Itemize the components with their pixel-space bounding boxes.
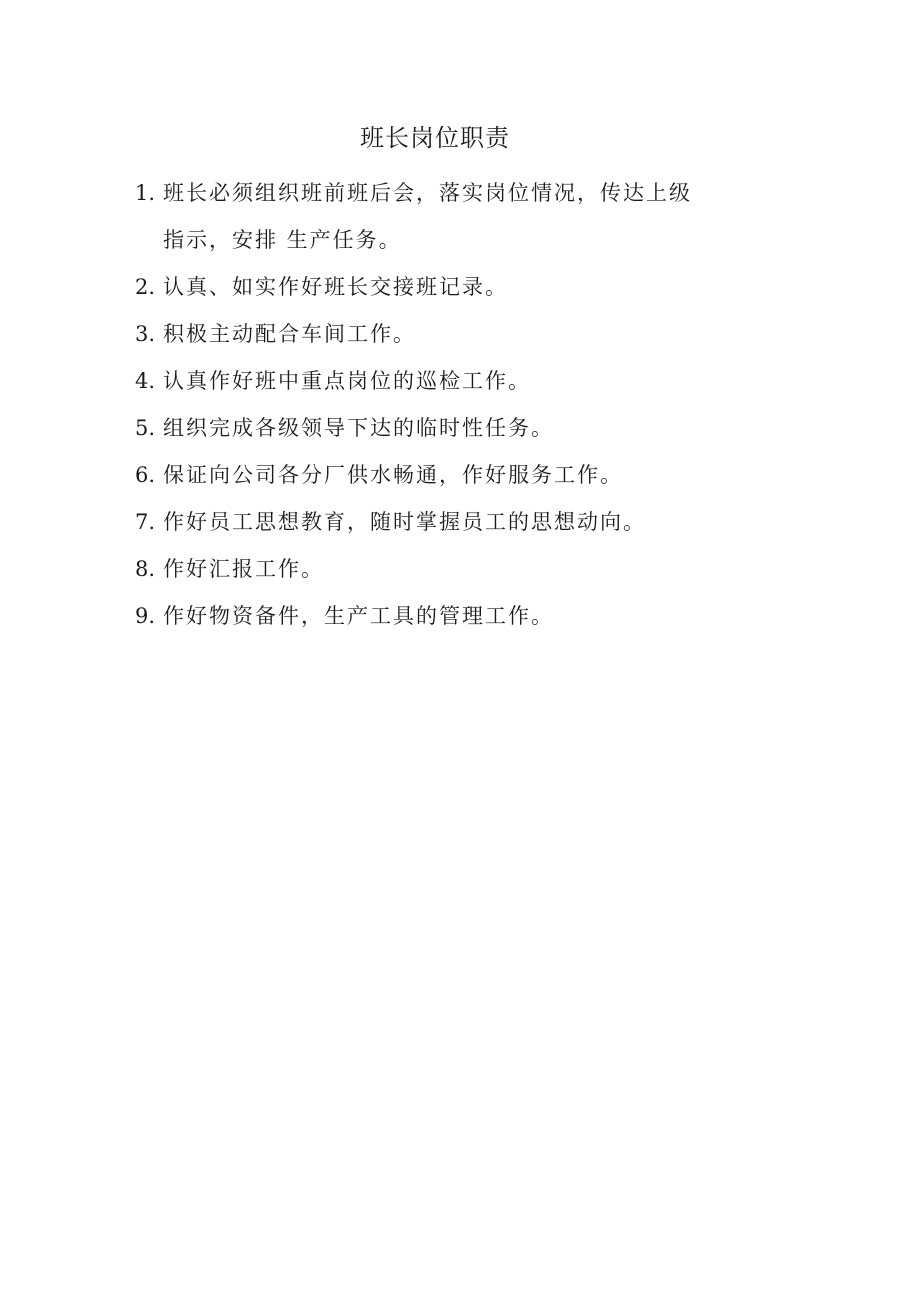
- list-item: 6. 保证向公司各分厂供水畅通，作好服务工作。: [135, 452, 755, 499]
- item-text: 组织完成各级领导下达的临时性任务。: [163, 405, 755, 452]
- item-number: 2.: [135, 264, 163, 311]
- item-text: 认真、如实作好班长交接班记录。: [163, 264, 755, 311]
- list-item: 4. 认真作好班中重点岗位的巡检工作。: [135, 358, 755, 405]
- document-title: 班长岗位职责: [0, 120, 870, 156]
- item-text: 作好汇报工作。: [163, 546, 755, 593]
- item-number: 1.: [135, 170, 163, 264]
- list-item: 9. 作好物资备件，生产工具的管理工作。: [135, 593, 755, 640]
- item-text: 作好员工思想教育，随时掌握员工的思想动向。: [163, 499, 755, 546]
- item-text-line: 班长必须组织班前班后会，落实岗位情况，传达上级: [163, 181, 692, 205]
- item-text: 保证向公司各分厂供水畅通，作好服务工作。: [163, 452, 755, 499]
- list-item: 5. 组织完成各级领导下达的临时性任务。: [135, 405, 755, 452]
- item-number: 7.: [135, 499, 163, 546]
- item-number: 9.: [135, 593, 163, 640]
- list-item: 2. 认真、如实作好班长交接班记录。: [135, 264, 755, 311]
- list-item: 8. 作好汇报工作。: [135, 546, 755, 593]
- item-number: 3.: [135, 311, 163, 358]
- duty-list: 1. 班长必须组织班前班后会，落实岗位情况，传达上级 指示，安排 生产任务。 2…: [135, 170, 755, 640]
- item-number: 5.: [135, 405, 163, 452]
- list-item: 7. 作好员工思想教育，随时掌握员工的思想动向。: [135, 499, 755, 546]
- list-item: 3. 积极主动配合车间工作。: [135, 311, 755, 358]
- item-text: 认真作好班中重点岗位的巡检工作。: [163, 358, 755, 405]
- item-text-line: 指示，安排 生产任务。: [163, 228, 402, 252]
- item-text: 班长必须组织班前班后会，落实岗位情况，传达上级 指示，安排 生产任务。: [163, 170, 755, 264]
- list-item: 1. 班长必须组织班前班后会，落实岗位情况，传达上级 指示，安排 生产任务。: [135, 170, 755, 264]
- item-number: 8.: [135, 546, 163, 593]
- item-text: 积极主动配合车间工作。: [163, 311, 755, 358]
- document-page: 班长岗位职责 1. 班长必须组织班前班后会，落实岗位情况，传达上级 指示，安排 …: [0, 0, 920, 1303]
- item-number: 6.: [135, 452, 163, 499]
- item-text: 作好物资备件，生产工具的管理工作。: [163, 593, 755, 640]
- item-number: 4.: [135, 358, 163, 405]
